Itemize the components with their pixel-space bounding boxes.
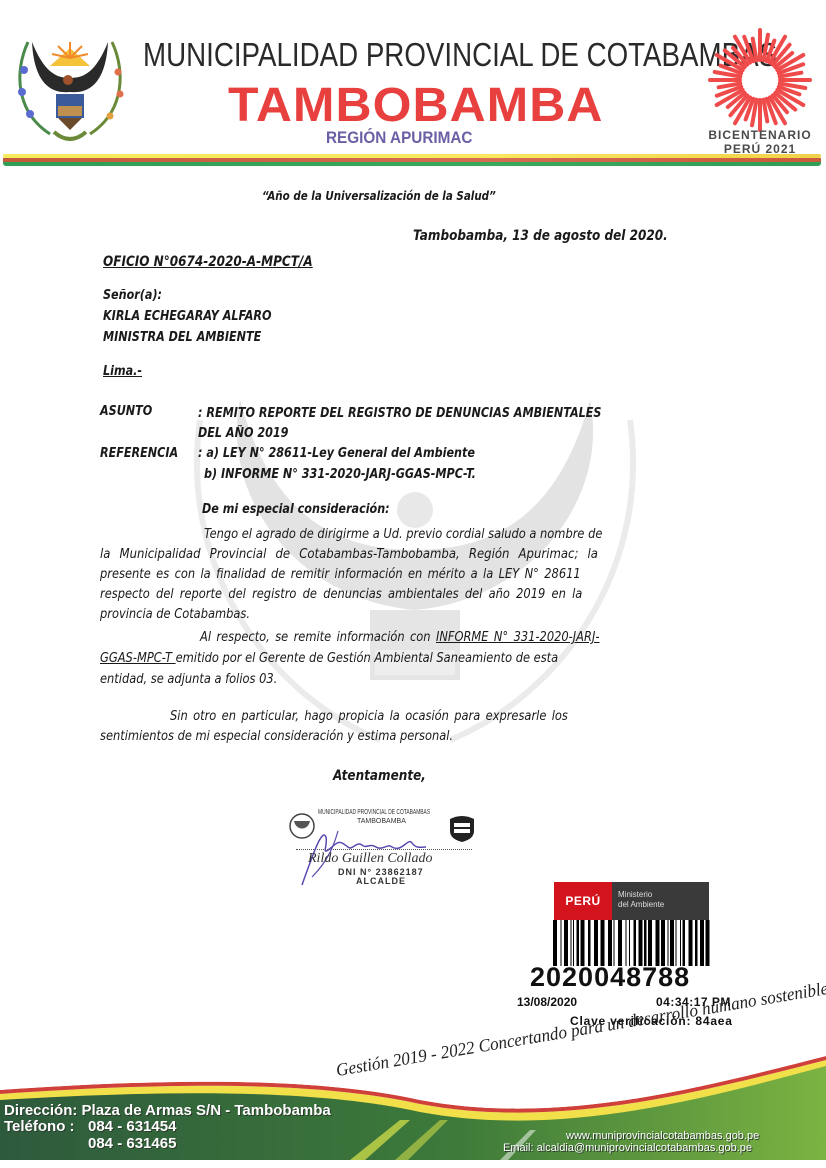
paragraph-line: respecto del reporte del registro de den… [100, 587, 582, 602]
ministry-name: Ministerio del Ambiente [618, 890, 664, 910]
paragraph-text: Al respecto, se remite información con [200, 630, 436, 645]
footer-email-link[interactable]: Email: alcaldia@muniprovincialcotabambas… [503, 1142, 752, 1154]
peru-badge: PERÚ [554, 882, 612, 920]
peru-shield-icon [448, 815, 476, 843]
tracking-number: 2020048788 [530, 962, 690, 993]
region-name: REGIÓN APURIMAC [326, 128, 472, 148]
bicentenario-label: BICENTENARIO [700, 128, 820, 142]
footer-phone-label: Teléfono : [4, 1118, 75, 1135]
letter-date: Tambobamba, 13 de agosto del 2020. [413, 228, 668, 244]
reference-label: REFERENCIA [100, 446, 178, 461]
subject-label: ASUNTO [100, 404, 152, 419]
paragraph-line: la Municipalidad Provincial de Cotabamba… [100, 547, 598, 562]
ministry-line-1: Ministerio [618, 890, 664, 900]
footer-address: Dirección: Plaza de Armas S/N - Tambobam… [4, 1102, 331, 1119]
signatory-role: ALCALDE [356, 876, 406, 886]
barcode [553, 920, 711, 966]
salutation-label: Señor(a): [103, 288, 162, 303]
informe-link: GGAS-MPC-T [100, 651, 176, 666]
reference-a: : a) LEY N° 28611-Ley General del Ambien… [198, 446, 475, 461]
reference-b: b) INFORME N° 331-2020-JARJ-GGAS-MPC-T. [204, 467, 476, 482]
paragraph-text: emitido por el Gerente de Gestión Ambien… [176, 651, 559, 666]
paragraph-line: sentimientos de mi especial consideració… [100, 729, 453, 744]
header-stripe-green [3, 162, 821, 166]
footer-phone-1: 084 - 631454 [88, 1118, 176, 1135]
closing: Atentamente, [333, 768, 426, 784]
year-motto: “Año de la Universalización de la Salud” [262, 189, 496, 203]
paragraph-line: Al respecto, se remite información con I… [200, 630, 599, 645]
recipient-city: Lima.- [103, 364, 142, 379]
paragraph-line: GGAS-MPC-T emitido por el Gerente de Ges… [100, 651, 558, 666]
footer-phone-2: 084 - 631465 [88, 1135, 176, 1152]
paragraph-line: presente es con la finalidad de remitir … [100, 567, 581, 582]
paragraph-line: entidad, se adjunta a folios 03. [100, 672, 277, 687]
paragraph-line: Sin otro en particular, hago propicia la… [170, 709, 568, 724]
paragraph-line: Tengo el agrado de dirigirme a Ud. previ… [204, 527, 602, 542]
recipient-title: MINISTRA DEL AMBIENTE [103, 330, 261, 345]
institution-name: MUNICIPALIDAD PROVINCIAL DE COTABAMBAS [143, 36, 613, 74]
subject-line-2: DEL AÑO 2019 [198, 426, 288, 441]
ministry-line-2: del Ambiente [618, 900, 664, 910]
mayor-signature-block: MUNICIPALIDAD PROVINCIAL DE COTABAMBAS T… [282, 805, 482, 890]
stamp-institution: MUNICIPALIDAD PROVINCIAL DE COTABAMBAS [318, 809, 430, 816]
signatory-name: Rildo Guillen Collado [308, 851, 432, 867]
receipt-date: 13/08/2020 [517, 995, 577, 1009]
municipal-crest-icon [10, 22, 130, 148]
oficio-number: OFICIO N°0674-2020-A-MPCT/A [103, 254, 313, 270]
minam-logo: PERÚ Ministerio del Ambiente [554, 882, 709, 920]
subject-line-1: : REMITO REPORTE DEL REGISTRO DE DENUNCI… [198, 406, 601, 421]
informe-link: INFORME N° 331-2020-JARJ- [436, 630, 600, 645]
city-name: TAMBOBAMBA [228, 78, 603, 133]
recipient-name: KIRLA ECHEGARAY ALFARO [103, 309, 271, 324]
greeting: De mi especial consideración: [202, 502, 390, 517]
paragraph-line: provincia de Cotabambas. [100, 607, 250, 622]
footer-website-link[interactable]: www.muniprovincialcotabambas.gob.pe [566, 1130, 759, 1142]
